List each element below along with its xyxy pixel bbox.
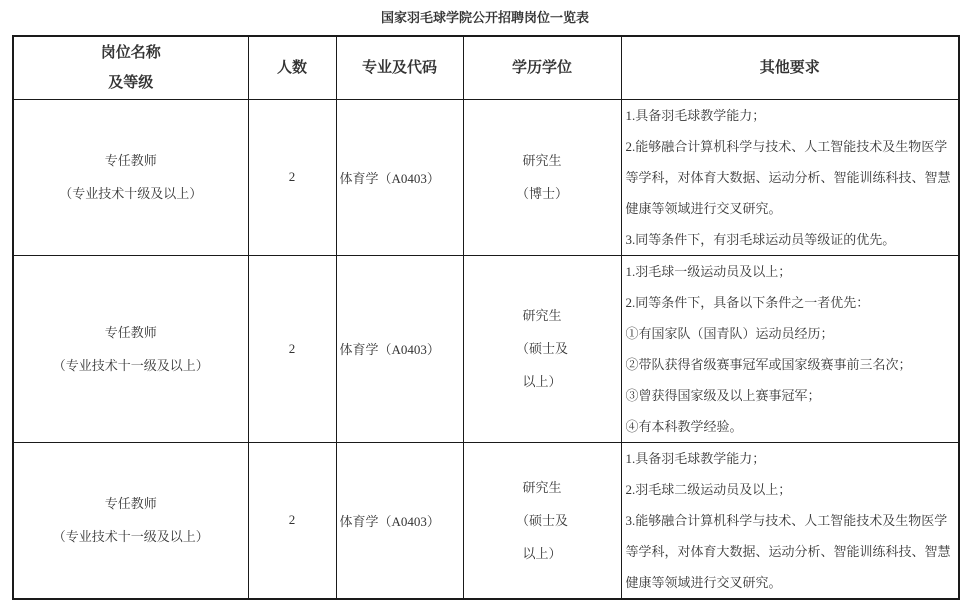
position-line: 专任教师	[14, 487, 248, 520]
requirement-item: ①有国家队（国青队）运动员经历；	[626, 318, 954, 349]
degree-line: （硕士及	[464, 332, 621, 365]
degree-line: 研究生	[464, 144, 621, 177]
count-cell: 2	[248, 442, 336, 599]
position-cell: 专任教师（专业技术十一级及以上）	[13, 255, 248, 442]
degree-cell: 研究生（硕士及以上）	[463, 255, 621, 442]
requirements-cell: 1.羽毛球一级运动员及以上；2.同等条件下，具备以下条件之一者优先：①有国家队（…	[621, 255, 959, 442]
requirement-item: 3.同等条件下，有羽毛球运动员等级证的优先。	[626, 224, 954, 255]
degree-line: 研究生	[464, 471, 621, 504]
table-row: 专任教师（专业技术十一级及以上） 2 体育学（A0403） 研究生（硕士及以上）…	[13, 442, 959, 599]
position-line: 专任教师	[14, 316, 248, 349]
requirement-item: ②带队获得省级赛事冠军或国家级赛事前三名次；	[626, 349, 954, 380]
table-row: 专任教师（专业技术十一级及以上） 2 体育学（A0403） 研究生（硕士及以上）…	[13, 255, 959, 442]
header-position: 岗位名称 及等级	[13, 36, 248, 99]
requirement-item: 2.能够融合计算机科学与技术、人工智能技术及生物医学等学科，对体育大数据、运动分…	[626, 131, 954, 224]
requirement-item: 1.具备羽毛球教学能力；	[626, 100, 954, 131]
table-row: 专任教师（专业技术十级及以上） 2 体育学（A0403） 研究生（博士） 1.具…	[13, 99, 959, 255]
degree-line: 研究生	[464, 299, 621, 332]
page: 国家羽毛球学院公开招聘岗位一览表 岗位名称 及等级 人数 专业及代码 学历学位 …	[0, 0, 970, 603]
recruitment-table: 岗位名称 及等级 人数 专业及代码 学历学位 其他要求 专任教师（专业技术十级及…	[12, 35, 960, 600]
position-line: （专业技术十一级及以上）	[14, 520, 248, 553]
major-cell: 体育学（A0403）	[336, 442, 463, 599]
major-cell: 体育学（A0403）	[336, 99, 463, 255]
count-cell: 2	[248, 99, 336, 255]
position-cell: 专任教师（专业技术十级及以上）	[13, 99, 248, 255]
header-degree: 学历学位	[463, 36, 621, 99]
requirement-item: 2.同等条件下，具备以下条件之一者优先：	[626, 287, 954, 318]
header-position-line2: 及等级	[14, 68, 248, 98]
position-line: （专业技术十级及以上）	[14, 177, 248, 210]
degree-line: 以上）	[464, 537, 621, 570]
requirements-cell: 1.具备羽毛球教学能力；2.羽毛球二级运动员及以上；3.能够融合计算机科学与技术…	[621, 442, 959, 599]
position-cell: 专任教师（专业技术十一级及以上）	[13, 442, 248, 599]
header-count: 人数	[248, 36, 336, 99]
degree-cell: 研究生（硕士及以上）	[463, 442, 621, 599]
requirement-item: ④有本科教学经验。	[626, 411, 954, 442]
requirements-cell: 1.具备羽毛球教学能力；2.能够融合计算机科学与技术、人工智能技术及生物医学等学…	[621, 99, 959, 255]
degree-cell: 研究生（博士）	[463, 99, 621, 255]
major-cell: 体育学（A0403）	[336, 255, 463, 442]
table-body: 专任教师（专业技术十级及以上） 2 体育学（A0403） 研究生（博士） 1.具…	[13, 99, 959, 599]
requirement-item: ③曾获得国家级及以上赛事冠军；	[626, 380, 954, 411]
position-line: （专业技术十一级及以上）	[14, 349, 248, 382]
degree-line: （硕士及	[464, 504, 621, 537]
requirement-item: 3.能够融合计算机科学与技术、人工智能技术及生物医学等学科，对体育大数据、运动分…	[626, 505, 954, 598]
requirement-item: 1.羽毛球一级运动员及以上；	[626, 256, 954, 287]
degree-line: （博士）	[464, 177, 621, 210]
position-line: 专任教师	[14, 144, 248, 177]
header-requirements: 其他要求	[621, 36, 959, 99]
page-title: 国家羽毛球学院公开招聘岗位一览表	[12, 10, 958, 25]
requirement-item: 2.羽毛球二级运动员及以上；	[626, 474, 954, 505]
requirement-item: 1.具备羽毛球教学能力；	[626, 443, 954, 474]
header-position-line1: 岗位名称	[14, 38, 248, 68]
count-cell: 2	[248, 255, 336, 442]
header-major: 专业及代码	[336, 36, 463, 99]
header-row: 岗位名称 及等级 人数 专业及代码 学历学位 其他要求	[13, 36, 959, 99]
degree-line: 以上）	[464, 365, 621, 398]
